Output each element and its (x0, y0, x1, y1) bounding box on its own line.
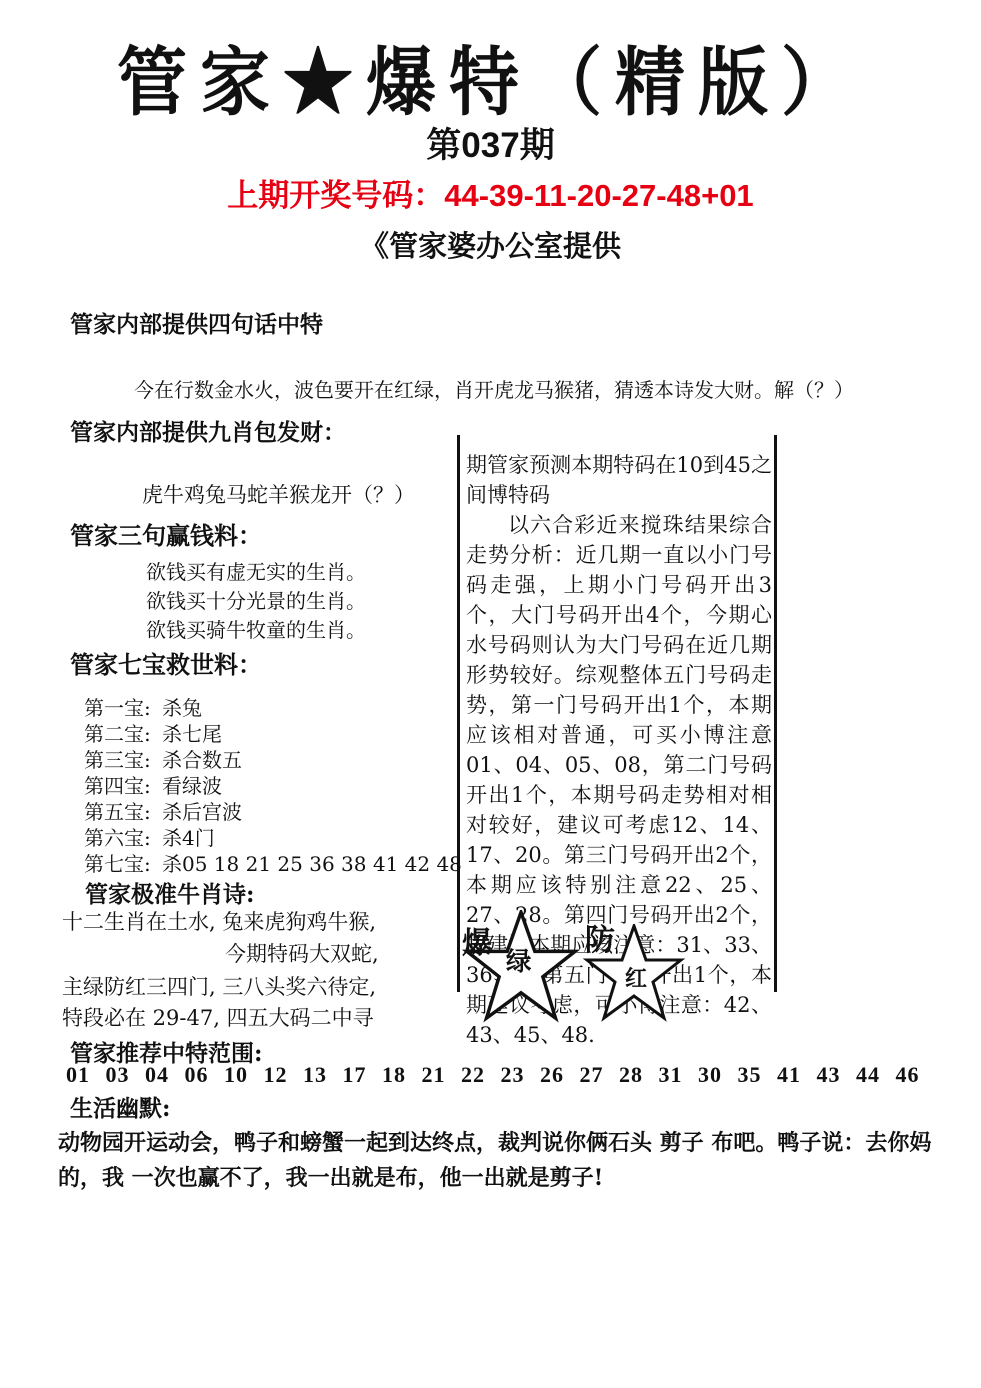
star-prefix-fang: 防 (585, 915, 615, 959)
heading-four-sentences: 管家内部提供四句话中特 (70, 306, 323, 339)
recommend-range-numbers: 01 03 04 06 10 12 13 17 18 21 22 23 26 2… (66, 1062, 920, 1088)
three-sentences-line: 欲钱买有虚无实的生肖。 (146, 556, 366, 585)
treasure-label: 第五宝: (84, 796, 162, 825)
three-sentences-line: 欲钱买骑牛牧童的生肖。 (146, 614, 366, 643)
treasure-row: 第二宝:杀七尾 (84, 718, 222, 747)
humor-text: 动物园开运动会，鸭子和螃蟹一起到达终点，裁判说你俩石头 剪子 布吧。鸭子说：去你… (58, 1126, 938, 1196)
treasure-label: 第三宝: (84, 744, 162, 773)
nine-zodiac-content: 虎牛鸡兔马蛇羊猴龙开（？） (142, 479, 415, 509)
tip-sheet-page: 管家★爆特（精版） 第037期 上期开奖号码：44-39-11-20-27-48… (0, 0, 981, 1388)
prediction-right-rule (774, 435, 777, 992)
three-sentences-line: 欲钱买十分光景的生肖。 (146, 585, 366, 614)
treasure-value: 杀05 18 21 25 36 38 41 42 48 (162, 852, 462, 876)
treasure-label: 第一宝: (84, 692, 162, 721)
four-sentences-poem: 今在行数金水火，波色要开在红绿，肖开虎龙马猴猪，猜透本诗发大财。解（？） (134, 374, 854, 403)
treasure-label: 第二宝: (84, 718, 162, 747)
treasure-value: 杀合数五 (162, 748, 242, 772)
treasure-row: 第三宝:杀合数五 (84, 744, 242, 773)
treasure-value: 杀七尾 (162, 722, 222, 746)
treasure-label: 第六宝: (84, 822, 162, 851)
treasure-row: 第六宝:杀4门 (84, 822, 215, 851)
star-prefix-bao: 爆 (462, 918, 492, 962)
zodiac-poem-line: 十二生肖在土水, 兔来虎狗鸡牛猴, (62, 906, 376, 936)
prediction-left-rule (457, 435, 460, 992)
treasure-value: 杀后宫波 (162, 800, 242, 824)
treasure-row: 第七宝:杀05 18 21 25 36 38 41 42 48 (84, 848, 462, 877)
treasure-label: 第七宝: (84, 848, 162, 877)
treasure-label: 第四宝: (84, 770, 162, 799)
treasure-value: 看绿波 (162, 774, 222, 798)
issue-number: 第037期 (0, 118, 981, 168)
star-inner-label: 红 (625, 966, 647, 992)
heading-three-sentences: 管家三句赢钱料： (70, 516, 262, 551)
treasure-value: 杀兔 (162, 696, 202, 720)
heading-seven-treasures: 管家七宝救世料： (70, 645, 262, 680)
treasure-value: 杀4门 (162, 826, 215, 850)
zodiac-poem-line: 今期特码大双蛇, (225, 938, 379, 968)
heading-zodiac-poem: 管家极准牛肖诗: (85, 876, 255, 909)
zodiac-poem-line: 主绿防红三四门, 三八头奖六待定, (62, 971, 376, 1001)
prediction-intro: 期管家预测本期特码在10到45之间博特码 (466, 450, 772, 510)
masthead-title: 管家★爆特（精版） (0, 23, 981, 130)
last-draw-numbers: 上期开奖号码：44-39-11-20-27-48+01 (0, 170, 981, 215)
heading-nine-zodiac: 管家内部提供九肖包发财： (70, 414, 346, 447)
heading-humor: 生活幽默: (70, 1090, 171, 1123)
treasure-row: 第五宝:杀后宫波 (84, 796, 242, 825)
provider-line: 《管家婆办公室提供 (0, 224, 981, 265)
star-inner-label: 绿 (506, 946, 532, 976)
treasure-row: 第一宝:杀兔 (84, 692, 202, 721)
treasure-row: 第四宝:看绿波 (84, 770, 222, 799)
zodiac-poem-line: 特段必在 29-47, 四五大码二中寻 (62, 1002, 374, 1032)
